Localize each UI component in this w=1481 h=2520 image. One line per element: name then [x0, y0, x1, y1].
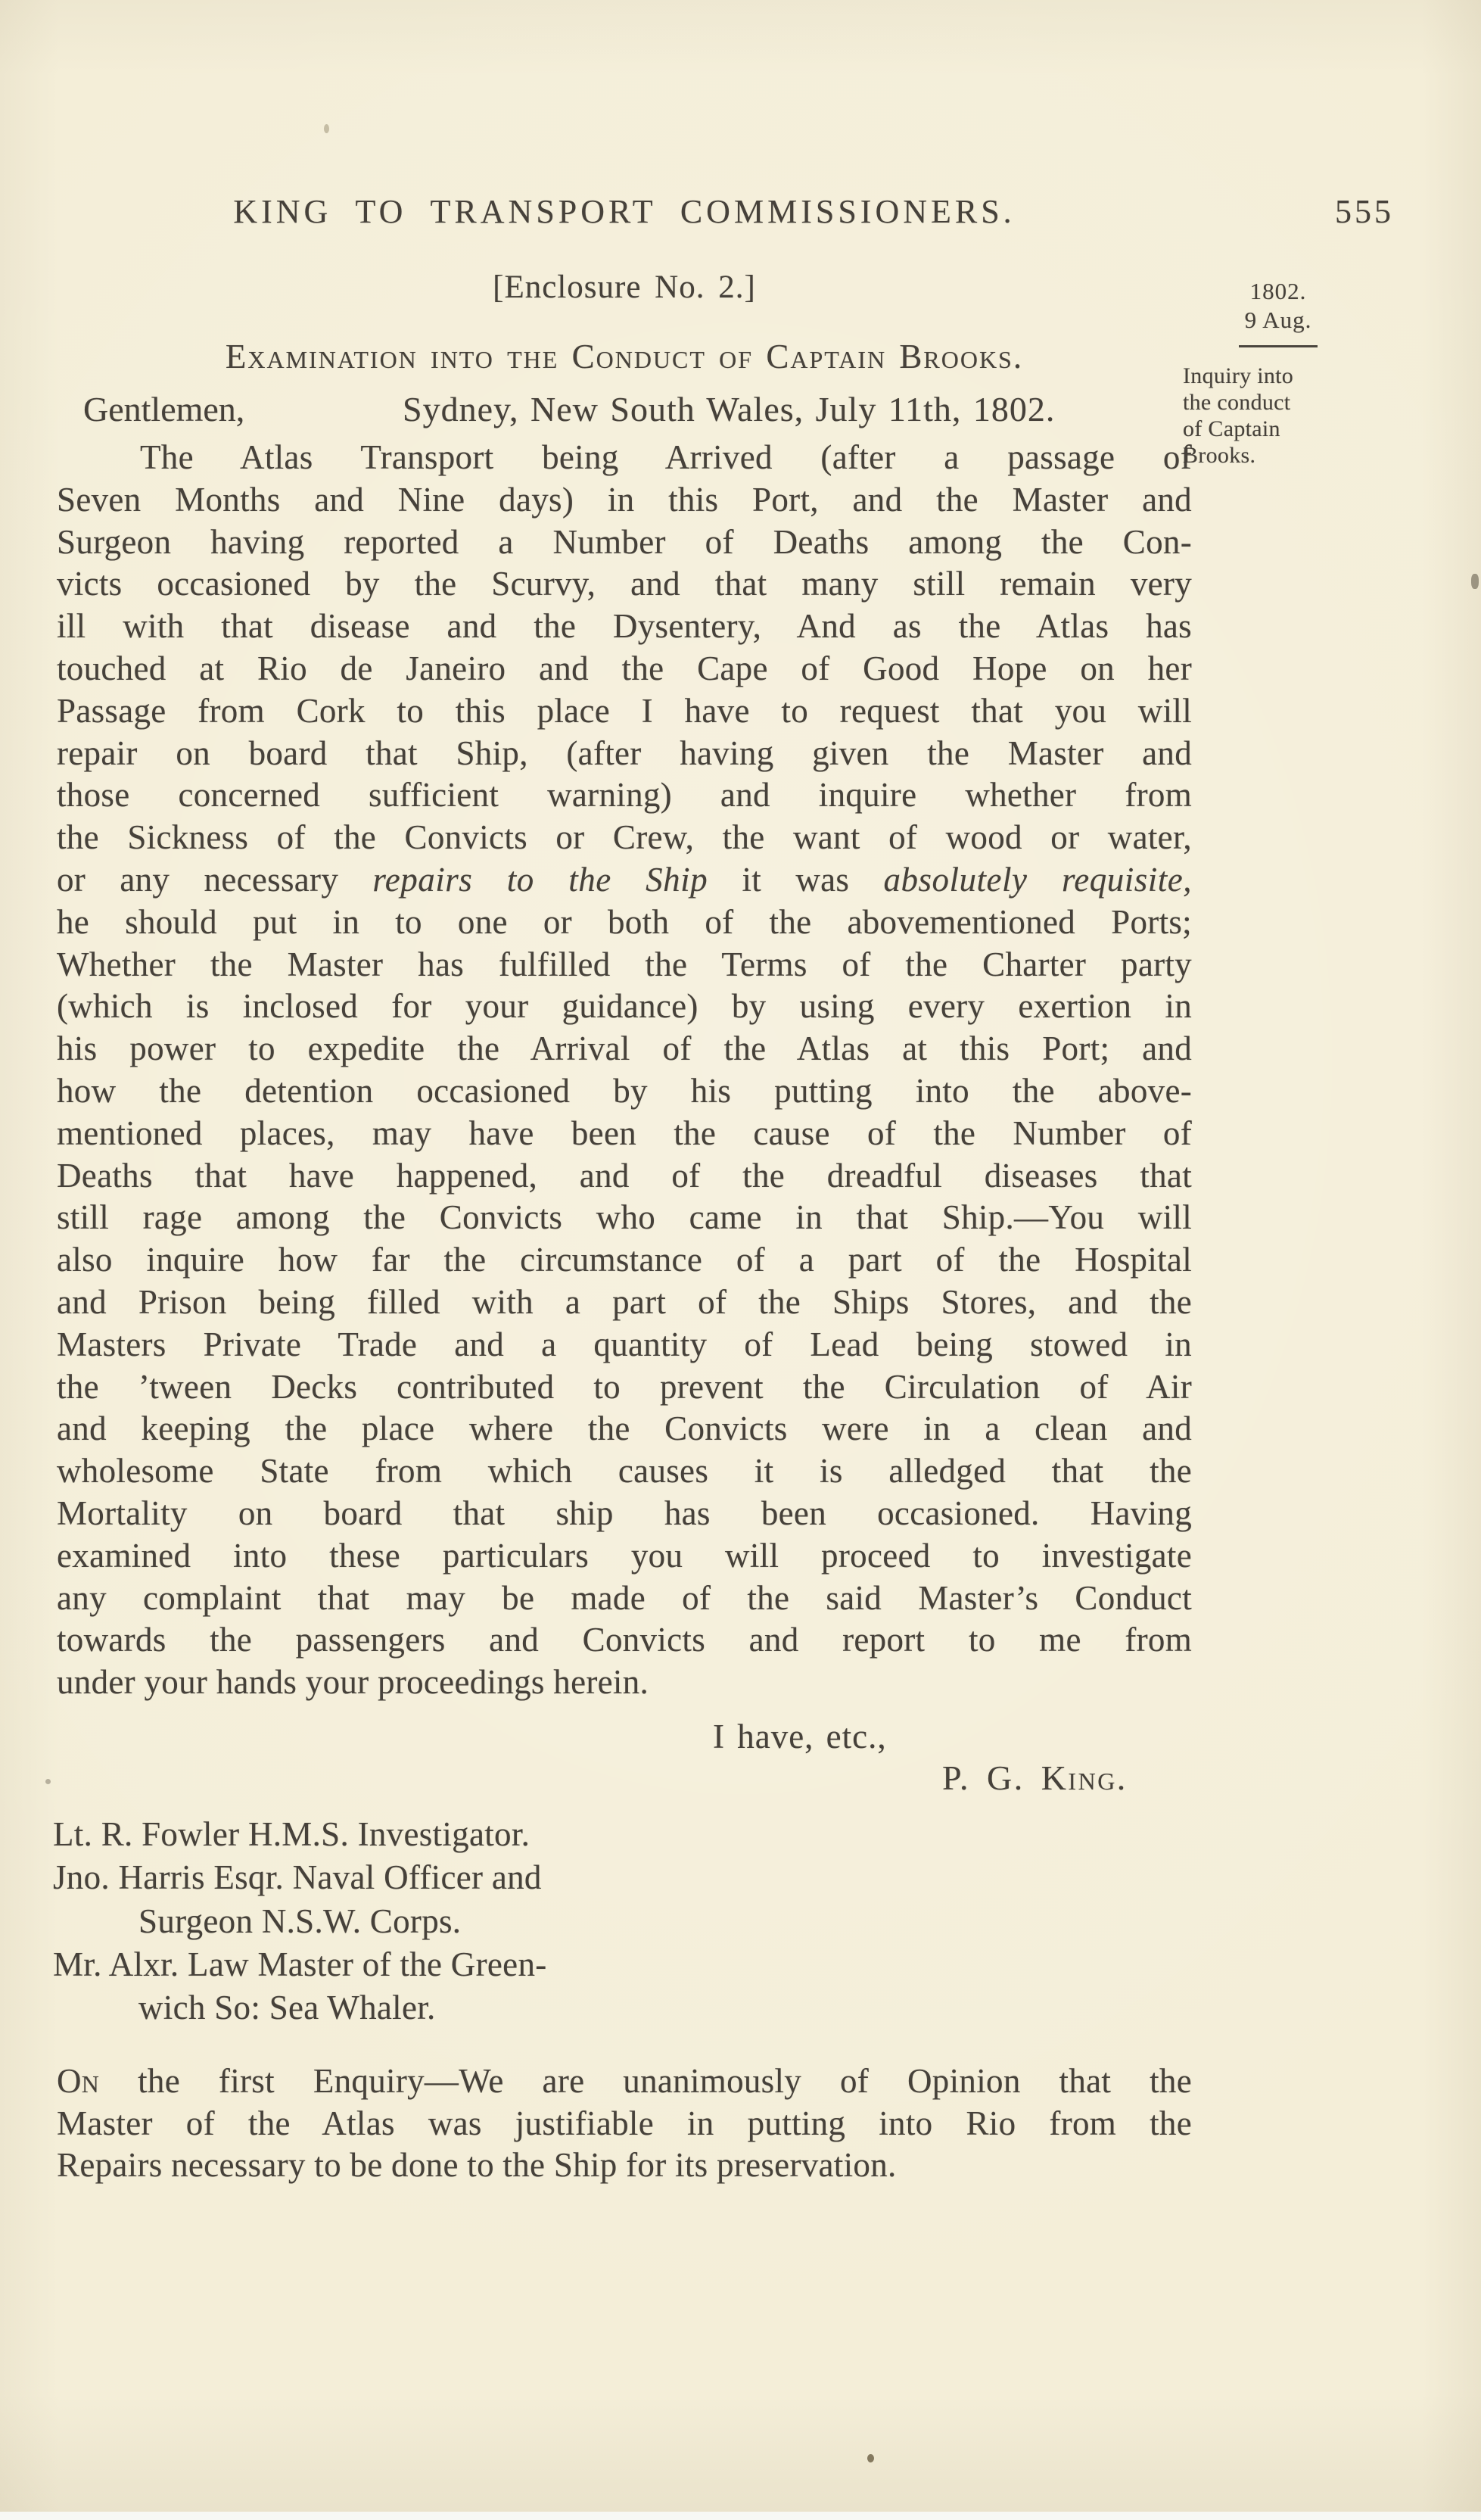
body-line: those concerned sufficient warning) and …: [57, 774, 1192, 817]
scan-edge-strip: [0, 2512, 1481, 2520]
sidenote-rule: [1239, 345, 1318, 347]
running-header: KING TO TRANSPORT COMMISSIONERS.: [57, 194, 1192, 230]
finding-line-segment: the first Enquiry—We are unanimously of …: [99, 2062, 1192, 2100]
signature: P. G. King.: [942, 1758, 1128, 1798]
finding-line: Repairs necessary to be done to the Ship…: [57, 2145, 1192, 2187]
paper-speck: [45, 1779, 51, 1784]
valediction: I have, etc.,: [713, 1717, 887, 1756]
body-line: (which is inclosed for your guidance) by…: [57, 986, 1192, 1028]
committee-line: Mr. Alxr. Law Master of the Green-: [53, 1943, 734, 1986]
body-line-segment: or any necessary: [57, 861, 372, 899]
body-line: Masters Private Trade and a quantity of …: [57, 1324, 1192, 1366]
sidenote-year: 1802.: [1183, 277, 1374, 306]
body-line: Passage from Cork to this place I have t…: [57, 690, 1192, 733]
body-line: the Sickness of the Convicts or Crew, th…: [57, 817, 1192, 859]
italic-phrase: repairs to the Ship: [372, 861, 708, 899]
body-line: his power to expedite the Arrival of the…: [57, 1028, 1192, 1070]
body-line: Whether the Master has fulfilled the Ter…: [57, 944, 1192, 986]
letter-body: The Atlas Transport being Arrived (after…: [57, 437, 1192, 1704]
body-line: wholesome State from which causes it is …: [57, 1450, 1192, 1493]
body-line: he should put in to one or both of the a…: [57, 902, 1192, 944]
page-number: 555: [1323, 194, 1406, 230]
finding-line: On the first Enquiry—We are unanimously …: [57, 2061, 1192, 2103]
sidenote-day: 9 Aug.: [1183, 306, 1374, 335]
body-line: under your hands your proceedings herein…: [57, 1662, 1192, 1704]
committee-line: Surgeon N.S.W. Corps.: [53, 1900, 734, 1943]
sidenote: 1802. 9 Aug. Inquiry into the conduct of…: [1183, 277, 1374, 469]
body-line: ill with that disease and the Dysentery,…: [57, 606, 1192, 648]
body-line: towards the passengers and Convicts and …: [57, 1619, 1192, 1662]
finding-lead-word: On: [57, 2062, 99, 2100]
paper-speck: [1471, 574, 1479, 589]
body-line: repair on board that Ship, (after having…: [57, 733, 1192, 775]
section-heading: Examination into the Conduct of Captain …: [57, 338, 1192, 375]
committee-list: Lt. R. Fowler H.M.S. Investigator. Jno. …: [53, 1813, 734, 2029]
body-line: touched at Rio de Janeiro and the Cape o…: [57, 648, 1192, 690]
body-line: and Prison being filled with a part of t…: [57, 1282, 1192, 1324]
body-line: and keeping the place where the Convicts…: [57, 1408, 1192, 1450]
finding-paragraph: On the first Enquiry—We are unanimously …: [57, 2061, 1192, 2187]
body-line: Deaths that have happened, and of the dr…: [57, 1155, 1192, 1198]
body-line-segment: it was: [708, 861, 883, 899]
body-line: the ’tween Decks contributed to prevent …: [57, 1366, 1192, 1409]
body-line: or any necessary repairs to the Ship it …: [57, 859, 1192, 902]
committee-line: wich So: Sea Whaler.: [53, 1986, 734, 2029]
body-line: The Atlas Transport being Arrived (after…: [57, 437, 1192, 479]
paper-speck: [324, 124, 329, 133]
paper-speck: [867, 2454, 874, 2462]
sidenote-note-line: Inquiry into: [1183, 363, 1374, 389]
body-line: Seven Months and Nine days) in this Port…: [57, 479, 1192, 522]
body-line: Mortality on board that ship has been oc…: [57, 1493, 1192, 1535]
finding-line: Master of the Atlas was justifiable in p…: [57, 2103, 1192, 2145]
italic-phrase: absolutely requisite,: [884, 861, 1193, 899]
body-line: mentioned places, may have been the caus…: [57, 1113, 1192, 1155]
body-line: examined into these particulars you will…: [57, 1535, 1192, 1578]
body-line: Surgeon having reported a Number of Deat…: [57, 522, 1192, 564]
body-line: victs occasioned by the Scurvy, and that…: [57, 563, 1192, 606]
body-line: still rage among the Convicts who came i…: [57, 1197, 1192, 1239]
body-line: also inquire how far the circumstance of…: [57, 1239, 1192, 1282]
body-line: any complaint that may be made of the sa…: [57, 1578, 1192, 1620]
committee-line: Jno. Harris Esqr. Naval Officer and: [53, 1856, 734, 1899]
place-date: Sydney, New South Wales, July 11th, 1802…: [403, 389, 1055, 429]
scanned-document-page: KING TO TRANSPORT COMMISSIONERS. 555 [En…: [0, 0, 1481, 2520]
salutation: Gentlemen,: [83, 389, 244, 429]
enclosure-heading: [Enclosure No. 2.]: [57, 269, 1192, 306]
sidenote-note-line: Brooks.: [1183, 442, 1374, 469]
body-line: how the detention occasioned by his putt…: [57, 1070, 1192, 1113]
salutation-row: Gentlemen, Sydney, New South Wales, July…: [0, 389, 1481, 435]
committee-line: Lt. R. Fowler H.M.S. Investigator.: [53, 1813, 734, 1856]
